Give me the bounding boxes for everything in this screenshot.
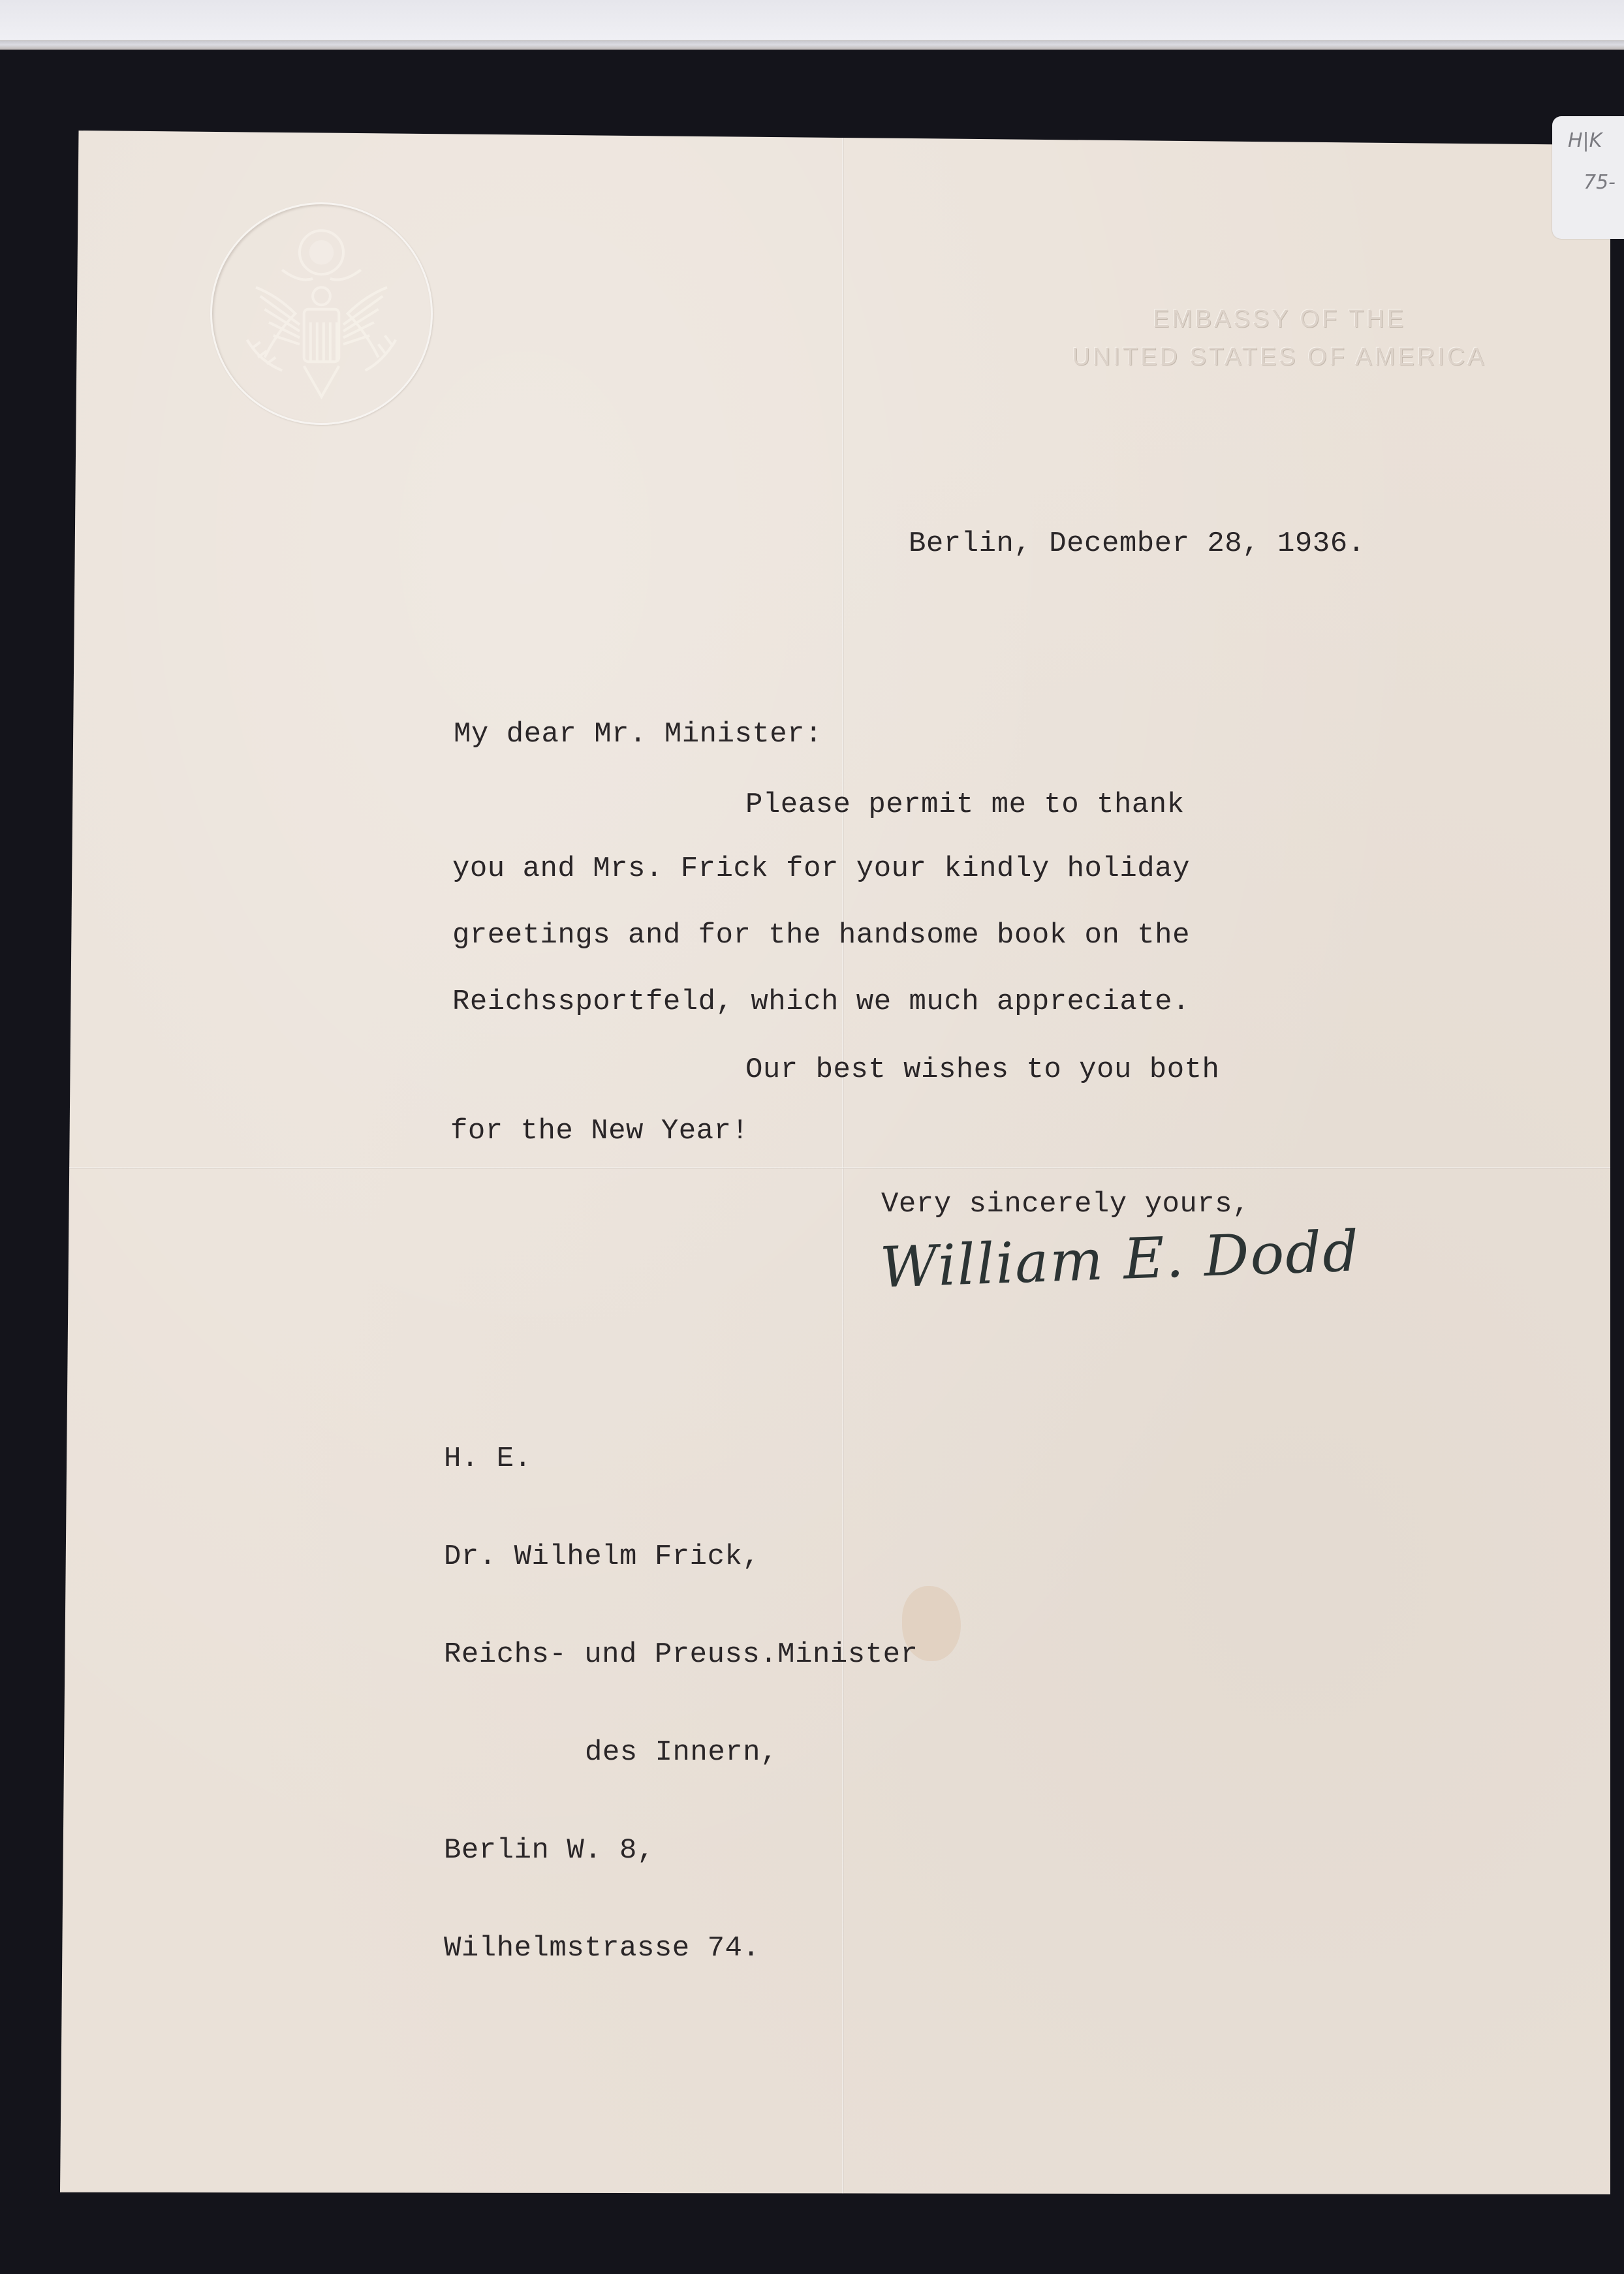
- letterhead-line-1: EMBASSY OF THE: [1018, 300, 1540, 338]
- letterhead-line-2: UNITED STATES OF AMERICA: [1018, 338, 1540, 376]
- great-seal-icon: [210, 202, 433, 425]
- body-line-3: greetings and for the handsome book on t…: [452, 919, 1190, 952]
- salutation: My dear Mr. Minister:: [454, 718, 822, 751]
- body-line-2: you and Mrs. Frick for your kindly holid…: [452, 852, 1190, 885]
- label-line-1: H|K: [1568, 129, 1602, 152]
- recipient-block: H. E. Dr. Wilhelm Frick, Reichs- und Pre…: [444, 1377, 918, 1997]
- embassy-letterhead: EMBASSY OF THE UNITED STATES OF AMERICA: [1018, 300, 1540, 376]
- body-line-1: Please permit me to thank: [745, 788, 1185, 821]
- body-line-5: Our best wishes to you both: [745, 1053, 1219, 1086]
- horizontal-fold-line: [60, 1167, 1610, 1169]
- scanner-lid-strip: [0, 0, 1624, 40]
- body-line-4: Reichssportfeld, which we much appreciat…: [452, 986, 1190, 1018]
- recipient-line-2: Dr. Wilhelm Frick,: [444, 1540, 918, 1573]
- recipient-line-6: Wilhelmstrasse 74.: [444, 1932, 918, 1965]
- eagle-emblem-icon: [212, 204, 431, 423]
- closing: Very sincerely yours,: [881, 1188, 1250, 1221]
- body-line-6: for the New Year!: [450, 1115, 749, 1147]
- recipient-line-1: H. E.: [444, 1442, 918, 1475]
- scanner-rail: [0, 40, 1624, 50]
- dateline: Berlin, December 28, 1936.: [909, 527, 1366, 560]
- recipient-line-4: des Innern,: [444, 1736, 918, 1769]
- label-line-2: 75-: [1584, 171, 1616, 194]
- inventory-label-card: H|K 75-: [1552, 116, 1624, 239]
- recipient-line-5: Berlin W. 8,: [444, 1834, 918, 1867]
- recipient-line-3: Reichs- und Preuss.Minister: [444, 1638, 918, 1671]
